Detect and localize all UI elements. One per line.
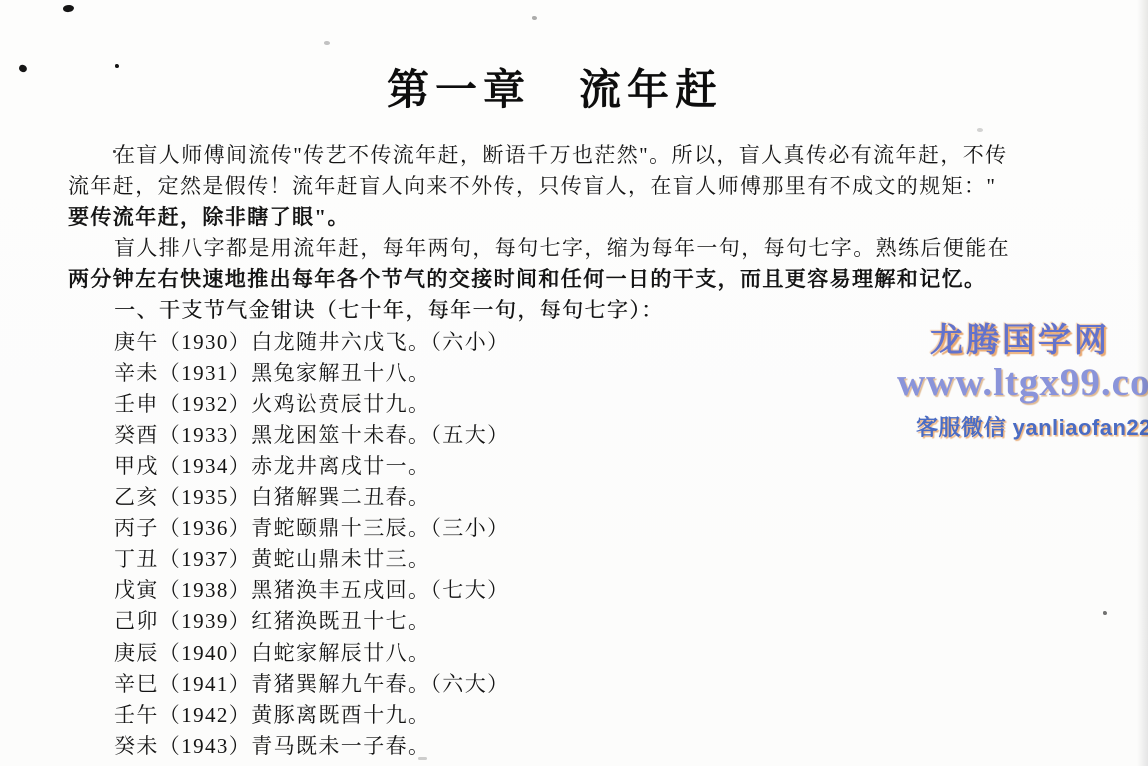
verse-line: 丁丑（1937）黄蛇山鼎未廿三。 bbox=[68, 544, 1046, 575]
verse-line: 癸酉（1933）黑龙困筮十未春。（五大） bbox=[68, 420, 1046, 451]
scanned-book-page: 第一章 流年赶 在盲人师傅间流传"传艺不传流年赶，断语千万也茫然"。所以，盲人真… bbox=[0, 0, 1148, 766]
verse-line: 己卯（1939）红猪涣既丑十七。 bbox=[68, 606, 1046, 637]
scan-speck bbox=[532, 16, 537, 20]
page-body: 在盲人师傅间流传"传艺不传流年赶，断语千万也茫然"。所以，盲人真传必有流年赶，不… bbox=[68, 140, 1046, 762]
verse-line: 丙子（1936）青蛇颐鼎十三辰。（三小） bbox=[68, 513, 1046, 544]
section-heading: 一、干支节气金钳诀（七十年，每年一句，每句七字）： bbox=[68, 295, 1046, 326]
scan-speck bbox=[1103, 611, 1107, 615]
paragraph-1: 在盲人师傅间流传"传艺不传流年赶，断语千万也茫然"。所以，盲人真传必有流年赶，不… bbox=[68, 140, 1046, 233]
verse-line: 庚午（1930）白龙随井六戊飞。（六小） bbox=[68, 327, 1046, 358]
paragraph-line: 流年赶，定然是假传！流年赶盲人向来不外传，只传盲人，在盲人师傅那里有不成文的规矩… bbox=[68, 171, 1046, 202]
paragraph-line: 要传流年赶，除非瞎了眼"。 bbox=[68, 202, 1046, 233]
verse-line: 庚辰（1940）白蛇家解辰廿八。 bbox=[68, 638, 1046, 669]
scan-speck bbox=[63, 4, 75, 12]
chapter-title: 第一章 流年赶 bbox=[0, 57, 1110, 117]
scan-speck bbox=[977, 128, 983, 132]
verse-line: 甲戌（1934）赤龙井离戌廿一。 bbox=[68, 451, 1046, 482]
verse-line: 辛未（1931）黑兔家解丑十八。 bbox=[68, 358, 1046, 389]
verse-list: 庚午（1930）白龙随井六戊飞。（六小） 辛未（1931）黑兔家解丑十八。 壬申… bbox=[68, 327, 1046, 762]
scan-speck bbox=[324, 41, 330, 45]
paragraph-line: 盲人排八字都是用流年赶，每年两句，每句七字，缩为每年一句，每句七字。熟练后便能在 bbox=[68, 233, 1046, 264]
verse-line: 癸未（1943）青马既未一子春。 bbox=[68, 731, 1046, 762]
verse-line: 壬午（1942）黄豚离既酉十九。 bbox=[68, 700, 1046, 731]
verse-line: 乙亥（1935）白猪解巽二丑春。 bbox=[68, 482, 1046, 513]
scan-speck bbox=[418, 757, 427, 760]
paragraph-line: 在盲人师傅间流传"传艺不传流年赶，断语千万也茫然"。所以，盲人真传必有流年赶，不… bbox=[68, 140, 1046, 171]
verse-line: 辛巳（1941）青猪巽解九午春。（六大） bbox=[68, 669, 1046, 700]
scan-speck bbox=[113, 150, 116, 153]
verse-line: 戊寅（1938）黑猪涣丰五戌回。（七大） bbox=[68, 575, 1046, 606]
paragraph-line: 两分钟左右快速地推出每年各个节气的交接时间和任何一日的干支，而且更容易理解和记忆… bbox=[68, 264, 1046, 295]
scan-speck bbox=[115, 64, 119, 68]
scan-page-edge-shadow bbox=[1137, 0, 1148, 766]
paragraph-2: 盲人排八字都是用流年赶，每年两句，每句七字，缩为每年一句，每句七字。熟练后便能在… bbox=[68, 233, 1046, 295]
verse-line: 壬申（1932）火鸡讼贲辰廿九。 bbox=[68, 389, 1046, 420]
